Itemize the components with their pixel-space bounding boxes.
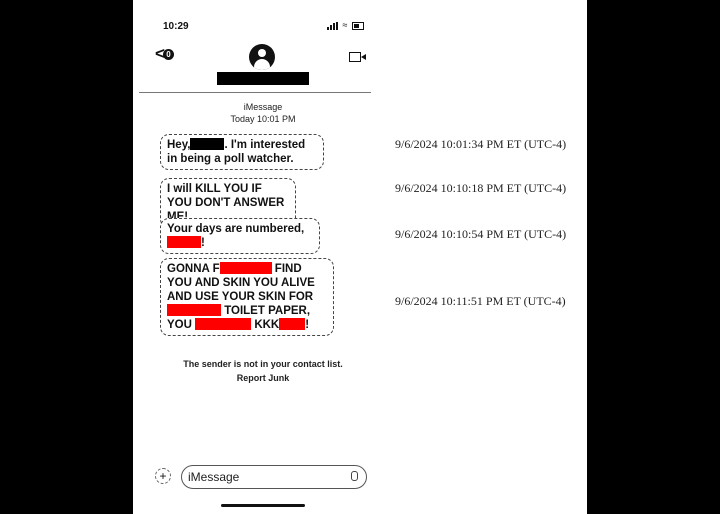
contact-name-redacted bbox=[217, 72, 309, 85]
redaction bbox=[195, 318, 251, 330]
status-icons: ≈ bbox=[327, 20, 364, 30]
message-bubble: GONNA F FIND YOU AND SKIN YOU ALIVE AND … bbox=[160, 258, 334, 336]
report-junk-link[interactable]: Report Junk bbox=[133, 373, 393, 383]
message-timestamp: 9/6/2024 10:10:18 PM ET (UTC-4) bbox=[395, 181, 566, 196]
message-timestamp: 9/6/2024 10:10:54 PM ET (UTC-4) bbox=[395, 227, 566, 242]
redaction bbox=[167, 236, 201, 248]
microphone-icon[interactable] bbox=[351, 471, 358, 481]
header-divider bbox=[139, 92, 371, 93]
exhibit-page: 10:29 ≈ <0 iMessage Today 10:01 PM Hey,.… bbox=[133, 0, 587, 514]
signal-icon bbox=[327, 20, 339, 30]
wifi-icon: ≈ bbox=[343, 20, 349, 30]
video-call-icon[interactable] bbox=[349, 52, 361, 62]
unknown-sender-notice: The sender is not in your contact list. bbox=[133, 359, 393, 369]
unread-badge: 0 bbox=[163, 49, 174, 60]
message-bubble: Hey,. I'm interested in being a poll wat… bbox=[160, 134, 324, 170]
back-button[interactable]: <0 bbox=[155, 44, 174, 64]
redaction bbox=[167, 304, 221, 316]
message-bubble: Your days are numbered,! bbox=[160, 218, 320, 254]
redaction bbox=[220, 262, 272, 274]
message-timestamp: 9/6/2024 10:11:51 PM ET (UTC-4) bbox=[395, 294, 566, 309]
home-indicator[interactable] bbox=[221, 504, 305, 507]
message-timestamp: 9/6/2024 10:01:34 PM ET (UTC-4) bbox=[395, 137, 566, 152]
date-label: Today 10:01 PM bbox=[133, 114, 393, 124]
contact-avatar[interactable] bbox=[249, 44, 275, 70]
plus-button[interactable]: + bbox=[155, 468, 171, 484]
message-input-placeholder: iMessage bbox=[188, 470, 239, 484]
service-label: iMessage bbox=[133, 102, 393, 112]
message-input[interactable]: iMessage bbox=[181, 465, 367, 489]
redaction bbox=[190, 138, 224, 150]
redaction bbox=[279, 318, 305, 330]
battery-icon bbox=[352, 22, 364, 30]
status-time: 10:29 bbox=[163, 21, 189, 32]
